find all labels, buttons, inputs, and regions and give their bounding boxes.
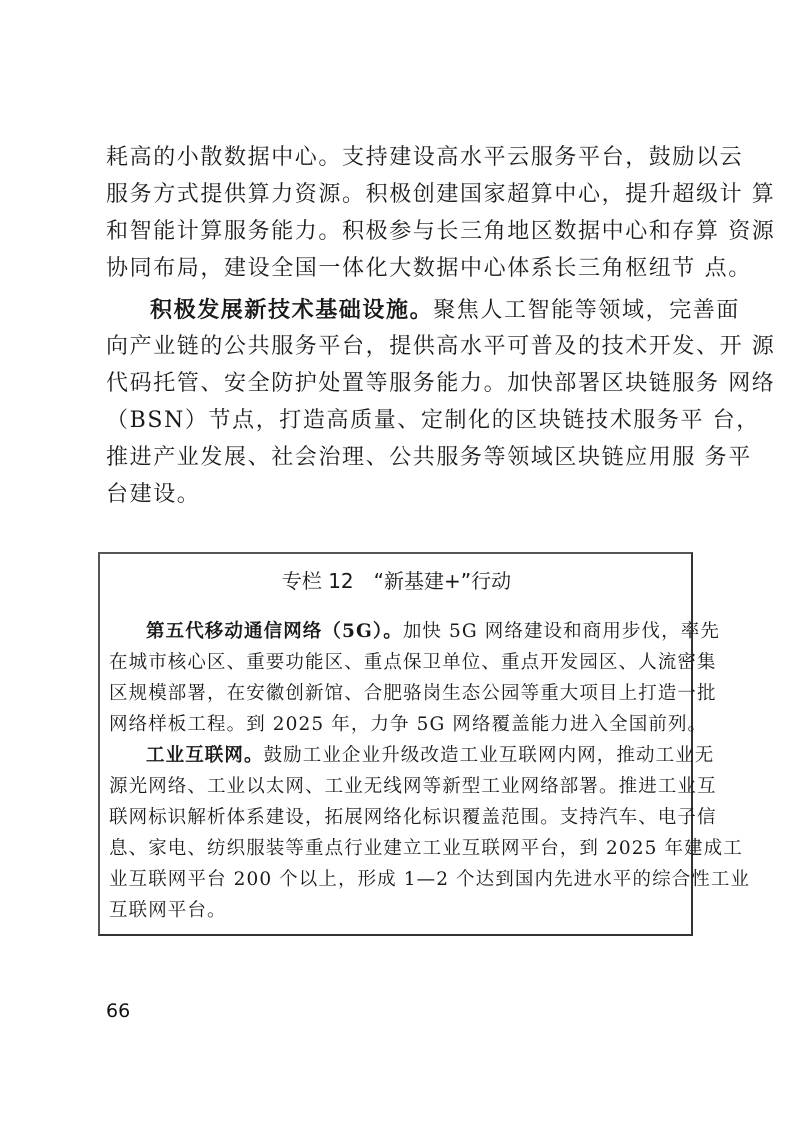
text-line: 协同布局，建设全国一体化大数据中心体系长三角枢纽节 点。 xyxy=(106,256,690,282)
text-line: 向产业链的公共服务平台，提供高水平可普及的技术开发、开 源 xyxy=(106,334,690,360)
text-line: 联网标识解析体系建设，拓展网络化标识覆盖范围。支持汽车、电子信 xyxy=(109,806,685,830)
text-line: 互联网平台。 xyxy=(109,899,685,923)
text-line: 代码托管、安全防护处置等服务能力。加快部署区块链服务 网络 xyxy=(106,371,690,397)
text-line: 网络样板工程。到 2025 年，力争 5G 网络覆盖能力进入全国前列。 xyxy=(109,713,685,737)
text-line: 息、家电、纺织服装等重点行业建立工业互联网平台，到 2025 年建成工 xyxy=(109,837,685,861)
text-line: 源光网络、工业以太网、工业无线网等新型工业网络部署。推进工业互 xyxy=(109,775,685,799)
section-heading: 第五代移动通信网络（5G）。 xyxy=(146,621,403,642)
section-heading: 工业互联网。 xyxy=(146,745,264,766)
text-line: 台建设。 xyxy=(106,482,690,508)
paragraph-text: 聚焦人工智能等领域，完善面 xyxy=(433,298,740,323)
text-line: 和智能计算服务能力。积极参与长三角地区数据中心和存算 资源 xyxy=(106,219,690,245)
text-line: 工业互联网。鼓励工业企业升级改造工业互联网内网，推动工业无 xyxy=(146,744,685,768)
text-line: 耗高的小散数据中心。支持建设高水平云服务平台，鼓励以云 xyxy=(106,145,672,171)
text-line: 第五代移动通信网络（5G）。加快 5G 网络建设和商用步伐，率先 xyxy=(146,620,685,644)
text-line: 在城市核心区、重要功能区、重点保卫单位、重点开发园区、人流密集 xyxy=(109,651,685,675)
text-line: 区规模部署，在安徽创新馆、合肥骆岗生态公园等重大项目上打造一批 xyxy=(109,682,685,706)
paragraph-heading: 积极发展新技术基础设施。 xyxy=(150,297,433,323)
text-line: 业互联网平台 200 个以上，形成 1—2 个达到国内先进水平的综合性工业 xyxy=(109,868,685,892)
section-text: 加快 5G 网络建设和商用步伐，率先 xyxy=(403,621,720,642)
text-line: 服务方式提供算力资源。积极创建国家超算中心，提升超级计 算 xyxy=(106,182,690,208)
text-line: 推进产业发展、社会治理、公共服务等领域区块链应用服 务平 xyxy=(106,445,690,471)
page-number: 66 xyxy=(106,1000,130,1022)
text-line: 积极发展新技术基础设施。聚焦人工智能等领域，完善面 xyxy=(150,297,690,324)
sidebar-box-title: 专栏 12 “新基建+”行动 xyxy=(0,568,793,594)
text-line: （BSN）节点，打造高质量、定制化的区块链技术服务平 台， xyxy=(106,408,690,434)
section-text: 鼓励工业企业升级改造工业互联网内网，推动工业无 xyxy=(264,745,715,766)
